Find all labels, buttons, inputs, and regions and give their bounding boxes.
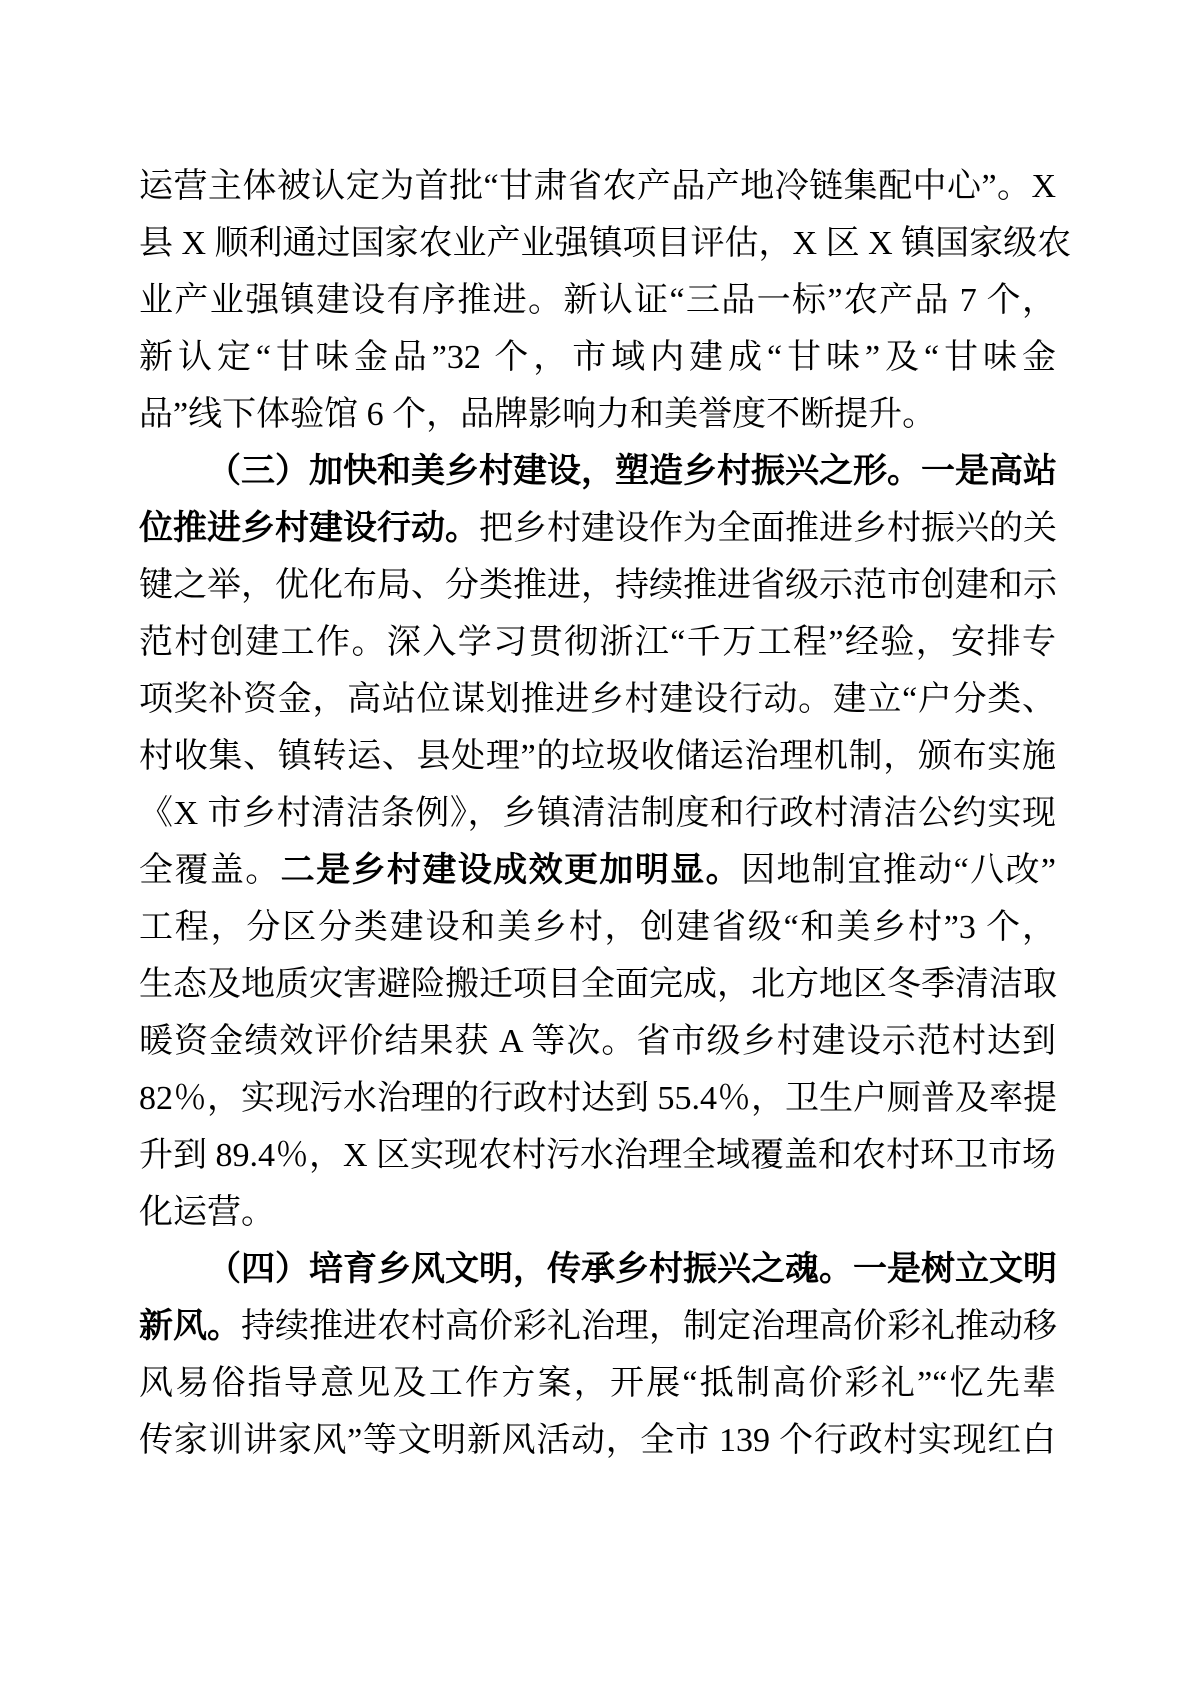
text-segment: 业产业强镇建设有序推进。新认证“三品一标”农产品 7 个，	[139, 282, 1056, 319]
text-segment: 82％，实现污水治理的行政村达到 55.4％，卫生户厕普及率提	[139, 1080, 1057, 1117]
text-segment: 因地制宜推动“八改”	[741, 852, 1056, 889]
text-segment: 暖资金绩效评价结果获 A 等次。省市级乡村建设示范村达到	[139, 1023, 1056, 1060]
text-line: 工程，分区分类建设和美乡村，创建省级“和美乡村”3 个，	[139, 899, 1056, 956]
heading-segment: （四）培育乡风文明，传承乡村振兴之魂。	[207, 1251, 853, 1288]
emphasis-segment: 位推进乡村建设行动。	[139, 510, 479, 547]
text-segment: 品”线下体验馆 6 个，品牌影响力和美誉度不断提升。	[139, 396, 936, 433]
text-line: 化运营。	[139, 1184, 1056, 1241]
text-segment: 传家训讲家风”等文明新风活动，全市 139 个行政村实现红白	[139, 1422, 1056, 1459]
text-line: 县 X 顺利通过国家农业产业强镇项目评估，X 区 X 镇国家级农	[139, 215, 1056, 272]
text-line: 传家训讲家风”等文明新风活动，全市 139 个行政村实现红白	[139, 1412, 1056, 1469]
text-segment: 键之举，优化布局、分类推进，持续推进省级示范市创建和示	[139, 567, 1057, 604]
emphasis-segment: 一是树立文明	[853, 1251, 1057, 1288]
text-segment: 《X 市乡村清洁条例》，乡镇清洁制度和行政村清洁公约实现	[139, 795, 1056, 832]
text-line: 键之举，优化布局、分类推进，持续推进省级示范市创建和示	[139, 557, 1056, 614]
text-line: 新认定“甘味金品”32 个，市域内建成“甘味”及“甘味金	[139, 329, 1056, 386]
text-line: 运营主体被认定为首批“甘肃省农产品产地冷链集配中心”。X	[139, 158, 1056, 215]
text-line: 新风。持续推进农村高价彩礼治理，制定治理高价彩礼推动移	[139, 1298, 1056, 1355]
text-segment: 运营主体被认定为首批“甘肃省农产品产地冷链集配中心”。X	[139, 168, 1056, 205]
text-segment: 全覆盖。	[139, 852, 281, 889]
text-line: 全覆盖。二是乡村建设成效更加明显。因地制宜推动“八改”	[139, 842, 1056, 899]
text-segment: 升到 89.4％，X 区实现农村污水治理全域覆盖和农村环卫市场	[139, 1137, 1056, 1174]
text-line: 生态及地质灾害避险搬迁项目全面完成，北方地区冬季清洁取	[139, 956, 1056, 1013]
text-segment: 县 X 顺利通过国家农业产业强镇项目评估，X 区 X 镇国家级农	[139, 225, 1071, 262]
text-line: 暖资金绩效评价结果获 A 等次。省市级乡村建设示范村达到	[139, 1013, 1056, 1070]
heading-segment: （三）加快和美乡村建设，塑造乡村振兴之形。	[207, 453, 921, 490]
text-block: 运营主体被认定为首批“甘肃省农产品产地冷链集配中心”。X县 X 顺利通过国家农业…	[139, 158, 1056, 1469]
emphasis-segment: 二是乡村建设成效更加明显。	[281, 852, 741, 889]
text-line: 村收集、镇转运、县处理”的垃圾收储运治理机制，颁布实施	[139, 728, 1056, 785]
text-segment: 持续推进农村高价彩礼治理，制定治理高价彩礼推动移	[241, 1308, 1057, 1345]
text-segment: 新认定“甘味金品”32 个，市域内建成“甘味”及“甘味金	[139, 339, 1056, 376]
text-segment: 项奖补资金，高站位谋划推进乡村建设行动。建立“户分类、	[139, 681, 1056, 718]
text-segment: 范村创建工作。深入学习贯彻浙江“千万工程”经验，安排专	[139, 624, 1056, 661]
text-line: 业产业强镇建设有序推进。新认证“三品一标”农产品 7 个，	[139, 272, 1056, 329]
text-segment: 化运营。	[139, 1194, 275, 1231]
text-line: 升到 89.4％，X 区实现农村污水治理全域覆盖和农村环卫市场	[139, 1127, 1056, 1184]
text-line: 风易俗指导意见及工作方案，开展“抵制高价彩礼”“忆先辈	[139, 1355, 1056, 1412]
text-segment: 工程，分区分类建设和美乡村，创建省级“和美乡村”3 个，	[139, 909, 1056, 946]
text-line: 位推进乡村建设行动。把乡村建设作为全面推进乡村振兴的关	[139, 500, 1056, 557]
emphasis-segment: 一是高站	[921, 453, 1057, 490]
text-line: 《X 市乡村清洁条例》，乡镇清洁制度和行政村清洁公约实现	[139, 785, 1056, 842]
text-line: 范村创建工作。深入学习贯彻浙江“千万工程”经验，安排专	[139, 614, 1056, 671]
emphasis-segment: 新风。	[139, 1308, 241, 1345]
text-segment: 把乡村建设作为全面推进乡村振兴的关	[479, 510, 1057, 547]
text-line: （四）培育乡风文明，传承乡村振兴之魂。一是树立文明	[139, 1241, 1056, 1298]
text-line: （三）加快和美乡村建设，塑造乡村振兴之形。一是高站	[139, 443, 1056, 500]
document-page: 运营主体被认定为首批“甘肃省农产品产地冷链集配中心”。X县 X 顺利通过国家农业…	[0, 0, 1190, 1683]
text-segment: 村收集、镇转运、县处理”的垃圾收储运治理机制，颁布实施	[139, 738, 1056, 775]
text-segment: 生态及地质灾害避险搬迁项目全面完成，北方地区冬季清洁取	[139, 966, 1057, 1003]
text-line: 82％，实现污水治理的行政村达到 55.4％，卫生户厕普及率提	[139, 1070, 1056, 1127]
text-segment: 风易俗指导意见及工作方案，开展“抵制高价彩礼”“忆先辈	[139, 1365, 1056, 1402]
text-line: 项奖补资金，高站位谋划推进乡村建设行动。建立“户分类、	[139, 671, 1056, 728]
text-line: 品”线下体验馆 6 个，品牌影响力和美誉度不断提升。	[139, 386, 1056, 443]
